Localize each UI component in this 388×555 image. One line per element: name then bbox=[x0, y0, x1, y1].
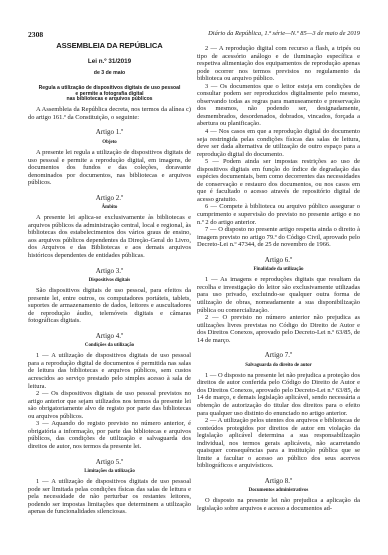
article-heading: Âmbito bbox=[28, 205, 191, 211]
article-heading: Salvaguarda do direito de autor bbox=[197, 363, 360, 369]
article-paragraph: 1 — A utilização de dispositivos digitai… bbox=[28, 352, 191, 390]
article-paragraph: 2 — A reprodução digital com recurso a f… bbox=[197, 45, 360, 83]
law-summary-line: nas bibliotecas e arquivos públicos bbox=[28, 97, 191, 103]
article-paragraph: A presente lei aplica-se exclusivamente … bbox=[28, 214, 191, 259]
preamble: A Assembleia da República decreta, nos t… bbox=[28, 106, 191, 121]
right-column: 2 — A reprodução digital com recurso a f… bbox=[197, 45, 360, 513]
article-title: Artigo 3.º bbox=[28, 268, 191, 276]
article-paragraph: 1 — A utilização de dispositivos digitai… bbox=[28, 478, 191, 516]
document-page: 2308 Diário da República, 1.ª série—N.º … bbox=[0, 0, 388, 555]
article-heading: Condições da utilização bbox=[28, 343, 191, 349]
article-title: Artigo 5.º bbox=[28, 459, 191, 467]
article-title: Artigo 8.º bbox=[197, 478, 360, 486]
law-title: Lei n.º 31/2019 bbox=[28, 58, 191, 66]
law-summary: Regula a utilização de dispositivos digi… bbox=[28, 86, 191, 104]
article-paragraph: 3 — Aquando do registo previsto no númer… bbox=[28, 420, 191, 450]
issuer-heading: ASSEMBLEIA DA REPÚBLICA bbox=[28, 42, 191, 50]
article-paragraph: A presente lei regula a utilização de di… bbox=[28, 149, 191, 187]
article-title: Artigo 6.º bbox=[197, 257, 360, 265]
article-paragraph: 3 — Os documentos que o leitor esteja em… bbox=[197, 83, 360, 128]
page-number: 2308 bbox=[28, 30, 43, 39]
article-title: Artigo 2.º bbox=[28, 195, 191, 203]
article-title: Artigo 1.º bbox=[28, 129, 191, 137]
running-header: Diário da República, 1.ª série—N.º 85—3 … bbox=[208, 30, 360, 37]
article-paragraph: 6 — Compete à biblioteca ou arquivo públ… bbox=[197, 203, 360, 226]
article-heading: Finalidade da utilização bbox=[197, 267, 360, 273]
article-title: Artigo 4.º bbox=[28, 333, 191, 341]
article-paragraph: 2 — Os dispositivos digitais de uso pess… bbox=[28, 390, 191, 420]
article-paragraph: 7 — O disposto no presente artigo respei… bbox=[197, 226, 360, 249]
article-paragraph: O disposto na presente lei não prejudica… bbox=[197, 497, 360, 512]
article-title: Artigo 7.º bbox=[197, 352, 360, 360]
article-paragraph: 2 — A utilização pelos utentes dos arqui… bbox=[197, 417, 360, 470]
article-heading: Documentos administrativos bbox=[197, 488, 360, 494]
left-column: ASSEMBLEIA DA REPÚBLICA Lei n.º 31/2019 … bbox=[28, 42, 191, 516]
article-heading: Objeto bbox=[28, 140, 191, 146]
article-paragraph: 2 — O previsto no número anterior não pr… bbox=[197, 314, 360, 344]
article-paragraph: 1 — As imagens e reproduções digitais qu… bbox=[197, 276, 360, 314]
article-heading: Dispositivos digitais bbox=[28, 278, 191, 284]
article-paragraph: 1 — O disposto na presente lei não preju… bbox=[197, 372, 360, 417]
law-date: de 3 de maio bbox=[28, 70, 191, 78]
article-heading: Limitações da utilização bbox=[28, 469, 191, 475]
article-paragraph: 5 — Podem ainda ser impostas restrições … bbox=[197, 158, 360, 203]
article-paragraph: 4 — Nos casos em que a reprodução digita… bbox=[197, 128, 360, 158]
article-paragraph: São dispositivos digitais de uso pessoal… bbox=[28, 287, 191, 325]
